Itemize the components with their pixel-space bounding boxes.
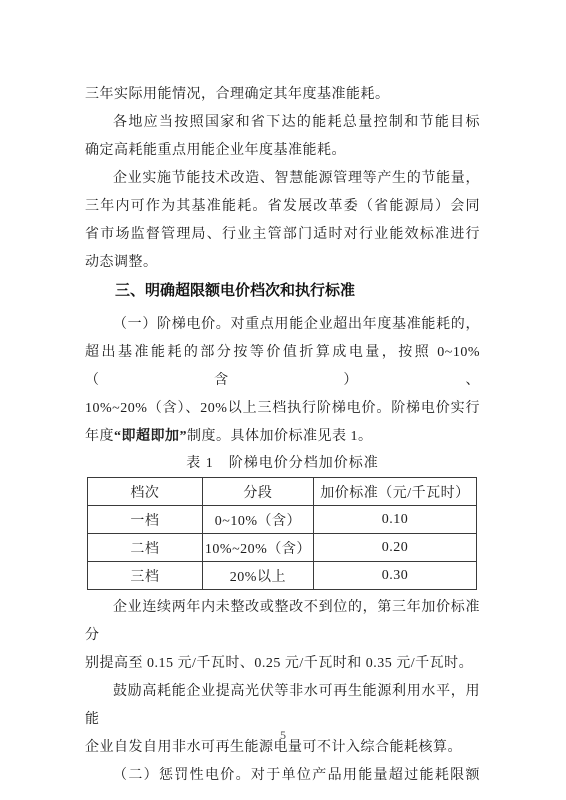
text-line: 确定高耗能重点用能企业年度基准能耗。 — [85, 137, 480, 165]
table-header-cell: 加价标准（元/千瓦时） — [314, 478, 477, 506]
text-line: 超出基准能耗的部分按等价值折算成电量，按照 0~10%（含）、 — [85, 339, 480, 395]
table-cell: 二档 — [88, 534, 203, 562]
table-header-cell: 分段 — [202, 478, 313, 506]
text-line: 动态调整。 — [85, 249, 480, 277]
text-line: 企业实施节能技术改造、智慧能源管理等产生的节能量， — [85, 165, 480, 193]
table-cell: 0.20 — [314, 534, 477, 562]
section-after-table: 企业连续两年内未整改或整改不到位的，第三年加价标准分 别提高至 0.15 元/千… — [85, 594, 480, 790]
table-row: 二档 10%~20%（含） 0.20 — [88, 534, 477, 562]
price-tier-table: 档次 分段 加价标准（元/千瓦时） 一档 0~10%（含） 0.10 二档 10… — [87, 477, 477, 590]
table-cell: 20%以上 — [202, 562, 313, 590]
text-line: 各地应当按照国家和省下达的能耗总量控制和节能目标 — [85, 109, 480, 137]
section-tiered-pricing: （一）阶梯电价。对重点用能企业超出年度基准能耗的， 超出基准能耗的部分按等价值折… — [85, 311, 480, 451]
bold-term: “即超即加” — [114, 429, 187, 444]
text-line: （二）惩罚性电价。对于单位产品用能量超过能耗限额 — [85, 762, 480, 790]
table-cell: 0.10 — [314, 506, 477, 534]
table-row: 三档 20%以上 0.30 — [88, 562, 477, 590]
text-line: 鼓励高耗能企业提高光伏等非水可再生能源利用水平，用能 — [85, 678, 480, 734]
section-heading: 三、明确超限额电价档次和执行标准 — [85, 277, 480, 305]
text-line: （一）阶梯电价。对重点用能企业超出年度基准能耗的， — [85, 311, 480, 339]
table-cell: 一档 — [88, 506, 203, 534]
table-cell: 0.30 — [314, 562, 477, 590]
document-content: 三年实际用能情况，合理确定其年度基准能耗。 各地应当按照国家和省下达的能耗总量控… — [85, 81, 480, 790]
document-page: 三年实际用能情况，合理确定其年度基准能耗。 各地应当按照国家和省下达的能耗总量控… — [0, 0, 566, 800]
table-row: 一档 0~10%（含） 0.10 — [88, 506, 477, 534]
text-line: 三年内可作为其基准能耗。省发展改革委（省能源局）会同 — [85, 193, 480, 221]
text-line-with-bold: 年度“即超即加”制度。具体加价标准见表 1。 — [85, 423, 480, 451]
text-segment: 制度。具体加价标准见表 1。 — [187, 429, 373, 444]
text-line: 10%~20%（含）、20%以上三档执行阶梯电价。阶梯电价实行 — [85, 395, 480, 423]
table-cell: 0~10%（含） — [202, 506, 313, 534]
table-caption: 表 1 阶梯电价分档加价标准 — [85, 451, 480, 477]
table-header-cell: 档次 — [88, 478, 203, 506]
table-cell: 三档 — [88, 562, 203, 590]
text-line: 企业连续两年内未整改或整改不到位的，第三年加价标准分 — [85, 594, 480, 650]
page-number: 5 — [0, 728, 566, 743]
text-line: 三年实际用能情况，合理确定其年度基准能耗。 — [85, 81, 480, 109]
text-line: 省市场监督管理局、行业主管部门适时对行业能效标准进行 — [85, 221, 480, 249]
section-before-heading: 三年实际用能情况，合理确定其年度基准能耗。 各地应当按照国家和省下达的能耗总量控… — [85, 81, 480, 277]
text-segment: 年度 — [85, 429, 114, 444]
table-cell: 10%~20%（含） — [202, 534, 313, 562]
table-header-row: 档次 分段 加价标准（元/千瓦时） — [88, 478, 477, 506]
text-line: 别提高至 0.15 元/千瓦时、0.25 元/千瓦时和 0.35 元/千瓦时。 — [85, 650, 480, 678]
